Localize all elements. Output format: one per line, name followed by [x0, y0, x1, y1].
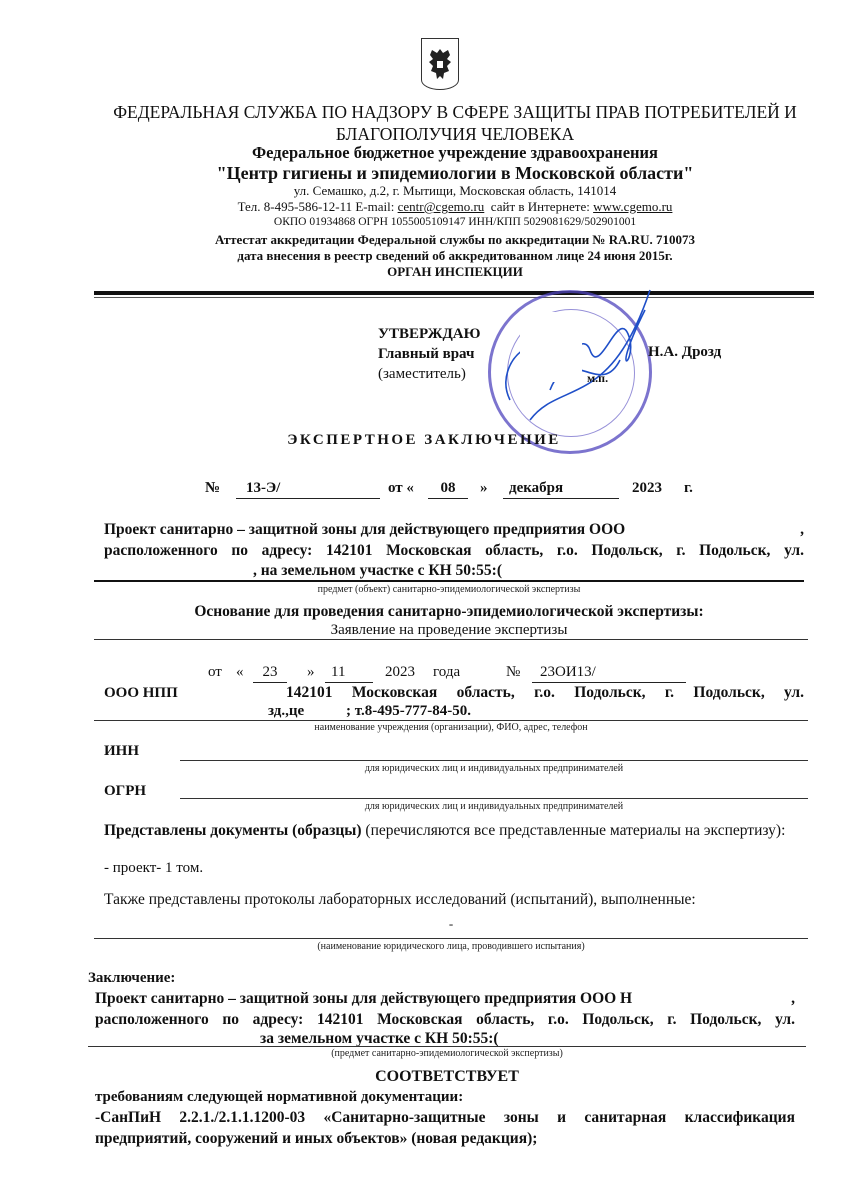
position-label: Главный врач — [378, 344, 481, 364]
inn-caption: для юридических лиц и индивидуальных пре… — [180, 762, 808, 775]
basis-open-quote: « — [236, 662, 244, 682]
contacts-prefix: Тел. 8-495-586-12-11 E-mail: — [238, 199, 398, 214]
subject-underline — [94, 580, 804, 582]
subject-line-1: Проект санитарно – защитной зоны для дей… — [104, 519, 804, 540]
email-link[interactable]: centr@cgemo.ru — [398, 199, 485, 214]
approval-block: УТВЕРЖДАЮ Главный врач (заместитель) — [378, 324, 481, 384]
subject-line-2: расположенного по адресу: 142101 Московс… — [104, 540, 804, 561]
verdict: СООТВЕТСТВУЕТ — [88, 1067, 806, 1087]
document-month: декабря — [503, 478, 619, 499]
norm-1-line-2: предприятий, сооружений и иных объектов»… — [95, 1128, 537, 1149]
agency-line-2: БЛАГОПОЛУЧИЯ ЧЕЛОВЕКА — [60, 123, 848, 145]
subject-line-1-text: Проект санитарно – защитной зоны для дей… — [104, 521, 625, 538]
agency-line-1: ФЕДЕРАЛЬНАЯ СЛУЖБА ПО НАДЗОРУ В СФЕРЕ ЗА… — [60, 101, 848, 123]
subject-caption: предмет (объект) санитарно-эпидемиологич… — [94, 583, 804, 596]
basis-number-label: № — [506, 662, 520, 682]
conclusion-caption: (предмет санитарно-эпидемиологической эк… — [88, 1047, 806, 1060]
body-type: ОРГАН ИНСПЕКЦИИ — [60, 263, 848, 280]
close-quote: » — [480, 478, 488, 498]
seal-mark: м.п. — [587, 371, 608, 386]
lab-protocols-caption: (наименование юридического лица, проводи… — [94, 940, 808, 953]
ogrn-label: ОГРН — [104, 781, 146, 801]
documents-item-1: - проект- 1 том. — [104, 858, 203, 878]
basis-year-label: года — [433, 662, 460, 682]
conclusion-heading: Заключение: — [88, 968, 175, 988]
basis-close-quote: » — [307, 662, 315, 682]
site-link[interactable]: www.cgemo.ru — [593, 199, 672, 214]
applicant-address-line-2: зд.,це — [268, 701, 304, 721]
applicant-name: ООО НПП — [104, 683, 178, 703]
applicant-phone: ; т.8-495-777-84-50. — [346, 701, 471, 721]
conclusion-line-1-comma: , — [791, 988, 795, 1009]
signer-name: Н.А. Дрозд — [648, 344, 721, 361]
basis-number: 23ОИ13/ — [532, 662, 686, 683]
agency-header: ФЕДЕРАЛЬНАЯ СЛУЖБА ПО НАДЗОРУ В СФЕРЕ ЗА… — [60, 101, 848, 145]
deputy-label: (заместитель) — [378, 364, 481, 384]
site-label: сайт в Интернете: — [484, 199, 593, 214]
conclusion-line-1-text: Проект санитарно – защитной зоны для дей… — [95, 990, 632, 1007]
basis-value: Заявление на проведение экспертизы — [94, 620, 804, 640]
basis-year: 2023 — [385, 662, 415, 682]
inn-label: ИНН — [104, 741, 139, 761]
conclusion-line-2: расположенного по адресу: 142101 Московс… — [95, 1009, 795, 1030]
institution-codes: ОКПО 01934868 ОГРН 1055005109147 ИНН/КПП… — [60, 215, 848, 230]
requirements-label: требованиям следующей нормативной докуме… — [95, 1087, 463, 1107]
document-title: ЭКСПЕРТНОЕ ЗАКЛЮЧЕНИЕ — [0, 432, 848, 449]
accreditation-line: Аттестат аккредитации Федеральной службы… — [60, 231, 848, 248]
documents-heading-rest: (перечисляются все представленные матери… — [362, 822, 786, 839]
lab-protocols-underline — [94, 938, 808, 939]
applicant-address-line-1: 142101 Московская область, г.о. Подольск… — [286, 683, 804, 703]
basis-month: 11 — [325, 662, 373, 683]
conclusion-line-1: Проект санитарно – защитной зоны для дей… — [95, 988, 795, 1009]
header-divider-thin — [94, 297, 814, 298]
subject-line-1-comma: , — [800, 519, 804, 540]
approve-label: УТВЕРЖДАЮ — [378, 324, 481, 344]
lab-protocols-text: Также представлены протоколы лабораторны… — [104, 890, 808, 910]
document-year: 2023 — [632, 478, 662, 498]
document-number: 13-Э/ — [236, 478, 380, 499]
institution-address: ул. Семашко, д.2, г. Мытищи, Московская … — [60, 182, 848, 199]
year-suffix: г. — [684, 478, 693, 498]
redacted-area — [520, 312, 582, 382]
double-headed-eagle-icon — [425, 45, 455, 83]
document-day: 08 — [428, 478, 468, 499]
basis-day: 23 — [253, 662, 287, 683]
documents-heading-bold: Представлены документы (образцы) — [104, 822, 362, 839]
norm-1-line-1: -СанПиН 2.2.1./2.1.1.1200-03 «Санитарно-… — [95, 1107, 795, 1128]
inn-field — [180, 760, 808, 761]
ogrn-field — [180, 798, 808, 799]
registry-date-line: дата внесения в реестр сведений об аккре… — [60, 247, 848, 264]
basis-heading: Основание для проведения санитарно-эпиде… — [94, 602, 804, 622]
subject-line-3: , на земельном участке с КН 50:55:( — [253, 560, 502, 581]
coat-of-arms-icon — [421, 38, 459, 90]
lab-protocols-value: - — [94, 916, 808, 932]
ogrn-caption: для юридических лиц и индивидуальных пре… — [180, 800, 808, 813]
from-label: от « — [388, 478, 414, 498]
basis-underline — [94, 639, 808, 640]
applicant-caption: наименование учреждения (организации), Ф… — [94, 721, 808, 734]
basis-from-label: от — [208, 662, 222, 682]
institution-contacts: Тел. 8-495-586-12-11 E-mail: centr@cgemo… — [60, 198, 848, 215]
documents-heading: Представлены документы (образцы) (перечи… — [104, 820, 808, 841]
institution-line-1: Федеральное бюджетное учреждение здравоо… — [60, 143, 848, 163]
institution-line-2: "Центр гигиены и эпидемиологии в Московс… — [60, 162, 848, 184]
number-label: № — [205, 478, 220, 498]
header-divider-thick — [94, 291, 814, 295]
